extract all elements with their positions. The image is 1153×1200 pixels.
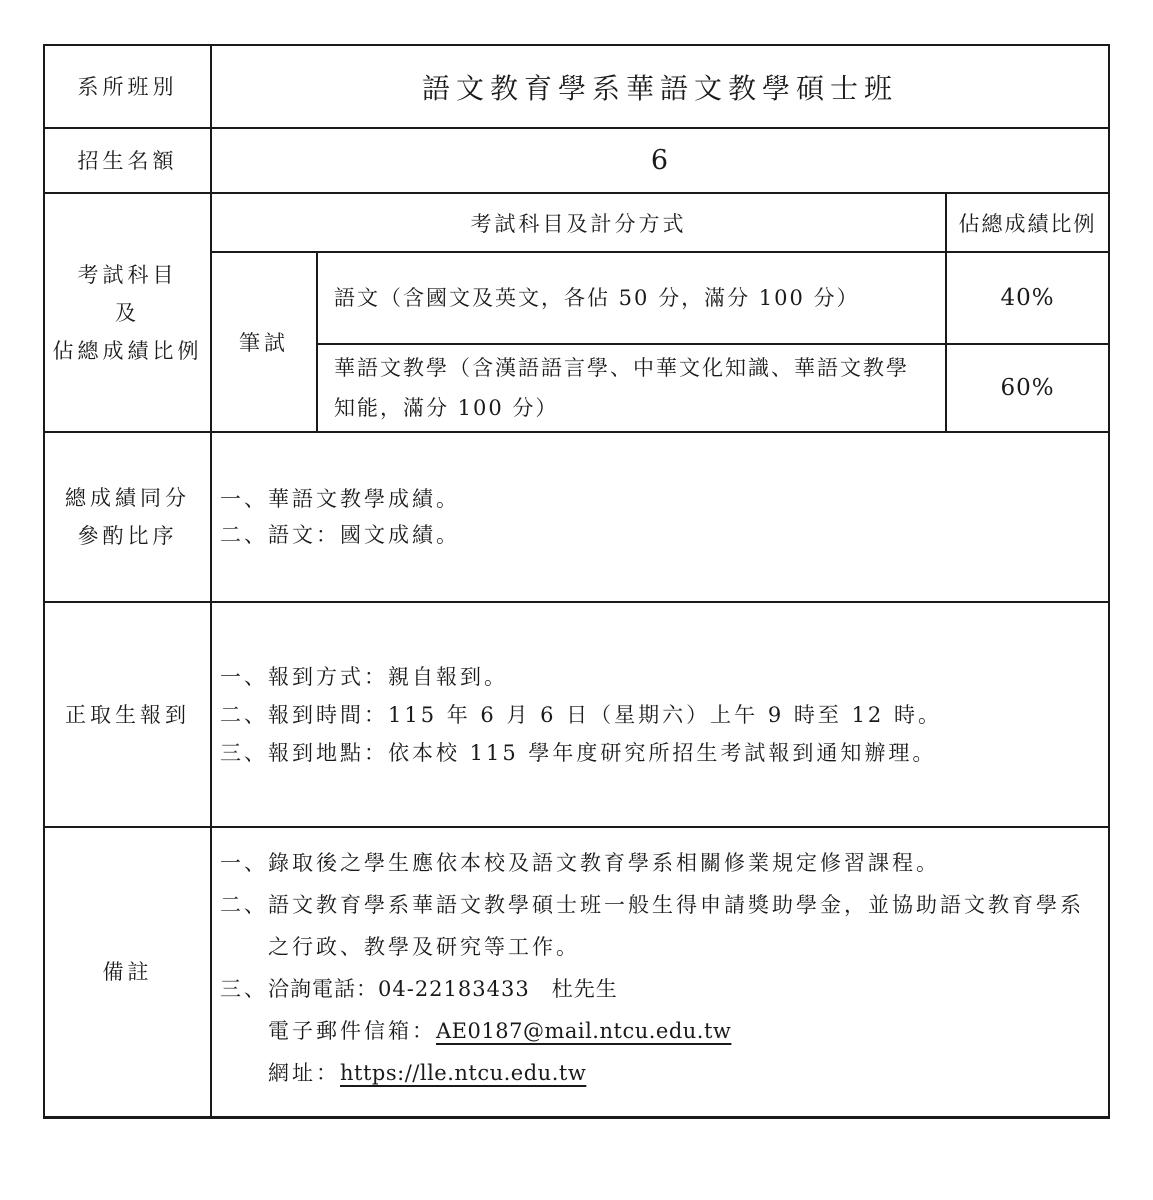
row-exam: 考試科目 及 佔總成績比例 考試科目及計分方式 佔總成績比例 筆試 <box>45 192 1108 431</box>
department-label: 系所班別 <box>45 46 212 127</box>
notes-item-2-line1: 語文教育學系華語文教學碩士班一般生得申請獎助學金，並協助語文教育學系 <box>268 884 1108 926</box>
department-value: 語文教育學系華語文教學碩士班 <box>422 67 898 107</box>
registration-item-2-num: 二、 <box>220 696 268 734</box>
registration-label: 正取生報到 <box>45 603 212 826</box>
notes-item-2-lines: 語文教育學系華語文教學碩士班一般生得申請獎助學金，並協助語文教育學系 之行政、教… <box>268 884 1108 968</box>
tiebreak-item-1-num: 一、 <box>220 481 268 517</box>
notes-item-1: 一、 錄取後之學生應依本校及語文教育學系相關修業規定修習課程。 <box>220 842 1108 884</box>
notes-url-label: 網址： <box>268 1061 340 1085</box>
department-value-cell: 語文教育學系華語文教學碩士班 <box>212 46 1108 127</box>
admission-info-table: 系所班別 語文教育學系華語文教學碩士班 招生名額 6 考試科目 及 佔總成績比例… <box>43 44 1110 1119</box>
exam-item-chinese-teaching: 華語文教學（含漢語語言學、中華文化知識、華語文教學 知能，滿分 100 分） 6… <box>318 343 1108 431</box>
exam-subject-2-cell: 華語文教學（含漢語語言學、中華文化知識、華語文教學 知能，滿分 100 分） <box>318 345 945 431</box>
registration-item-2-text: 報到時間：115 年 6 月 6 日（星期六）上午 9 時至 12 時。 <box>268 696 1108 734</box>
exam-method-cell: 筆試 <box>212 253 318 431</box>
notes-item-2: 二、 語文教育學系華語文教學碩士班一般生得申請獎助學金，並協助語文教育學系 之行… <box>220 884 1108 968</box>
exam-label-line1: 考試科目 <box>78 256 178 294</box>
notes-label-text: 備註 <box>103 953 153 991</box>
exam-header-weight-cell: 佔總成績比例 <box>945 194 1108 251</box>
tiebreak-content: 一、 華語文教學成績。 二、 語文：國文成績。 <box>212 433 1108 601</box>
notes-phone-text: 洽詢電話：04-22183433 杜先生 <box>268 977 618 1001</box>
notes-email-line: 電子郵件信箱：AE0187@mail.ntcu.edu.tw <box>268 1010 1108 1052</box>
exam-label: 考試科目 及 佔總成績比例 <box>45 194 212 431</box>
website-link[interactable]: https://lle.ntcu.edu.tw <box>340 1061 586 1085</box>
registration-item-3-text: 報到地點：依本校 115 學年度研究所招生考試報到通知辦理。 <box>268 734 1108 772</box>
tiebreak-item-2-text: 語文：國文成績。 <box>268 517 1108 553</box>
notes-url-line: 網址：https://lle.ntcu.edu.tw <box>268 1052 1108 1094</box>
notes-content: 一、 錄取後之學生應依本校及語文教育學系相關修業規定修習課程。 二、 語文教育學… <box>212 828 1108 1116</box>
quota-value-cell: 6 <box>212 129 1108 192</box>
notes-label: 備註 <box>45 828 212 1116</box>
exam-method: 筆試 <box>239 327 289 357</box>
exam-label-line2: 及 <box>115 294 140 332</box>
row-notes: 備註 一、 錄取後之學生應依本校及語文教育學系相關修業規定修習課程。 二、 語文… <box>45 826 1108 1116</box>
quota-label: 招生名額 <box>45 129 212 192</box>
registration-item-3-num: 三、 <box>220 734 268 772</box>
registration-item-3: 三、 報到地點：依本校 115 學年度研究所招生考試報到通知辦理。 <box>220 734 1108 772</box>
notes-item-3-num: 三、 <box>220 968 268 1010</box>
tiebreak-label-line1: 總成績同分 <box>65 479 190 517</box>
exam-header-subjects-cell: 考試科目及計分方式 <box>212 194 945 251</box>
notes-contact-phone-line: 洽詢電話：04-22183433 杜先生 <box>268 968 1108 1010</box>
exam-weight-1: 40% <box>1000 285 1054 311</box>
registration-content: 一、 報到方式：親自報到。 二、 報到時間：115 年 6 月 6 日（星期六）… <box>212 603 1108 826</box>
email-link[interactable]: AE0187@mail.ntcu.edu.tw <box>436 1019 731 1043</box>
notes-email-label: 電子郵件信箱： <box>268 1019 436 1043</box>
notes-item-2-line2: 之行政、教學及研究等工作。 <box>268 926 1108 968</box>
registration-item-1-text: 報到方式：親自報到。 <box>268 658 1108 696</box>
exam-header-weight: 佔總成績比例 <box>959 208 1097 238</box>
row-quota: 招生名額 6 <box>45 127 1108 192</box>
exam-header-subjects: 考試科目及計分方式 <box>471 208 687 238</box>
registration-item-1: 一、 報到方式：親自報到。 <box>220 658 1108 696</box>
notes-item-3-lines: 洽詢電話：04-22183433 杜先生 電子郵件信箱：AE0187@mail.… <box>268 968 1108 1094</box>
tiebreak-label: 總成績同分 參酌比序 <box>45 433 212 601</box>
tiebreak-item-1: 一、 華語文教學成績。 <box>220 481 1108 517</box>
exam-subject-2-line1: 華語文教學（含漢語語言學、中華文化知識、華語文教學 <box>334 348 945 388</box>
notes-item-1-lines: 錄取後之學生應依本校及語文教育學系相關修業規定修習課程。 <box>268 842 1108 884</box>
quota-value: 6 <box>651 145 669 176</box>
registration-item-2: 二、 報到時間：115 年 6 月 6 日（星期六）上午 9 時至 12 時。 <box>220 696 1108 734</box>
exam-weight-2: 60% <box>1000 375 1054 401</box>
exam-items: 語文（含國文及英文，各佔 50 分，滿分 100 分） 40% 華語文教學（含漢… <box>318 253 1108 431</box>
notes-item-2-num: 二、 <box>220 884 268 926</box>
notes-item-1-line1: 錄取後之學生應依本校及語文教育學系相關修業規定修習課程。 <box>268 842 1108 884</box>
tiebreak-item-2: 二、 語文：國文成績。 <box>220 517 1108 553</box>
registration-label-text: 正取生報到 <box>65 696 190 734</box>
department-label-text: 系所班別 <box>78 68 178 106</box>
tiebreak-item-2-num: 二、 <box>220 517 268 553</box>
exam-subject-1-cell: 語文（含國文及英文，各佔 50 分，滿分 100 分） <box>318 253 945 343</box>
row-department: 系所班別 語文教育學系華語文教學碩士班 <box>45 46 1108 127</box>
notes-item-1-num: 一、 <box>220 842 268 884</box>
exam-body: 筆試 語文（含國文及英文，各佔 50 分，滿分 100 分） 40% 華語文教學… <box>212 251 1108 431</box>
exam-weight-1-cell: 40% <box>945 253 1108 343</box>
exam-header-row: 考試科目及計分方式 佔總成績比例 <box>212 194 1108 251</box>
exam-weight-2-cell: 60% <box>945 345 1108 431</box>
exam-subject-2-line2: 知能，滿分 100 分） <box>334 388 945 428</box>
row-tiebreak: 總成績同分 參酌比序 一、 華語文教學成績。 二、 語文：國文成績。 <box>45 431 1108 601</box>
notes-item-3: 三、 洽詢電話：04-22183433 杜先生 電子郵件信箱：AE0187@ma… <box>220 968 1108 1094</box>
registration-item-1-num: 一、 <box>220 658 268 696</box>
exam-subtable: 考試科目及計分方式 佔總成績比例 筆試 語文（含國文及英文，各佔 50 分，滿分… <box>212 194 1108 431</box>
exam-label-line3: 佔總成績比例 <box>53 332 203 370</box>
quota-label-text: 招生名額 <box>78 142 178 180</box>
row-registration: 正取生報到 一、 報到方式：親自報到。 二、 報到時間：115 年 6 月 6 … <box>45 601 1108 826</box>
tiebreak-item-1-text: 華語文教學成績。 <box>268 481 1108 517</box>
exam-item-language: 語文（含國文及英文，各佔 50 分，滿分 100 分） 40% <box>318 253 1108 343</box>
exam-subject-1: 語文（含國文及英文，各佔 50 分，滿分 100 分） <box>334 278 945 318</box>
tiebreak-label-line2: 參酌比序 <box>78 517 178 555</box>
